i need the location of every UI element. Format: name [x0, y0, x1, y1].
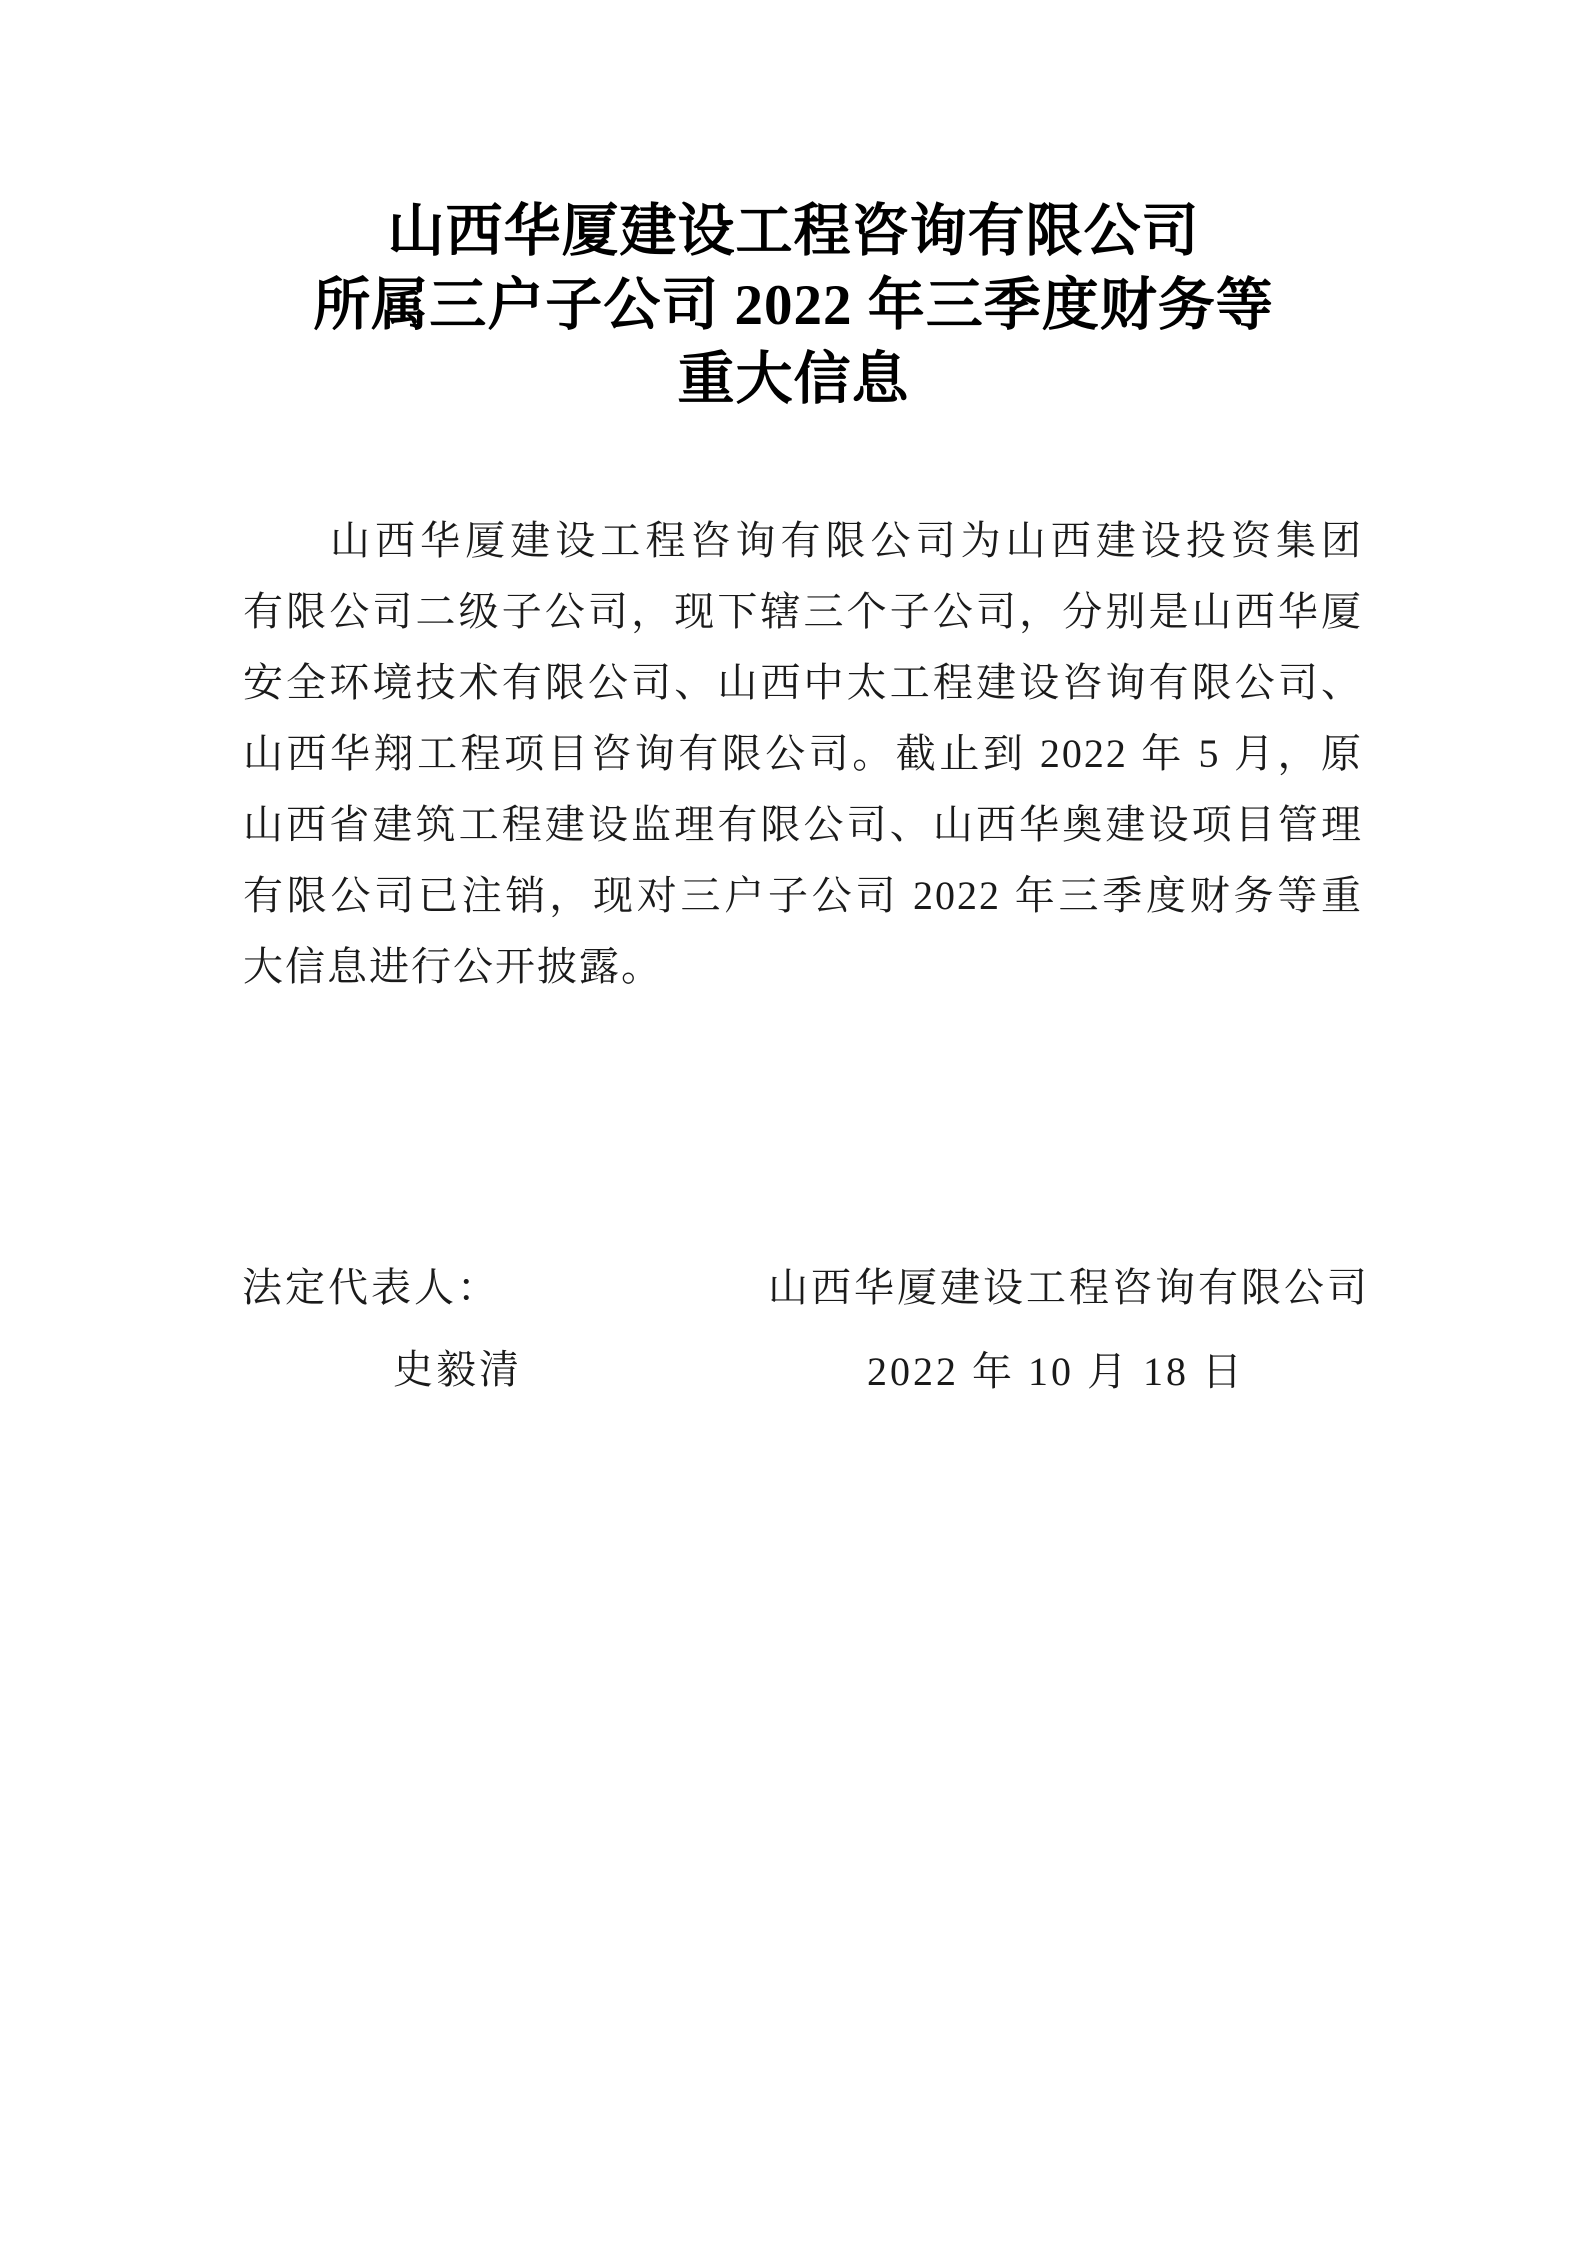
body-line: 大信息进行公开披露。: [243, 931, 1363, 1002]
body-line: 安全环境技术有限公司、山西中太工程建设咨询有限公司、: [243, 647, 1363, 718]
body-line: 有限公司二级子公司，现下辖三个子公司，分别是山西华厦: [243, 576, 1363, 647]
legal-representative-label: 法定代表人：: [242, 1266, 500, 1310]
body-line: 有限公司已注销，现对三户子公司 2022 年三季度财务等重: [243, 860, 1363, 931]
title-line-1: 山西华厦建设工程咨询有限公司: [0, 195, 1587, 269]
signing-company-name: 山西华厦建设工程咨询有限公司: [768, 1266, 1370, 1310]
title-line-2: 所属三户子公司 2022 年三季度财务等: [0, 269, 1587, 343]
body-line: 山西华翔工程项目咨询有限公司。截止到 2022 年 5 月，原: [243, 718, 1363, 789]
body-paragraph: 山西华厦建设工程咨询有限公司为山西建设投资集团 有限公司二级子公司，现下辖三个子…: [243, 505, 1363, 1002]
body-line: 山西华厦建设工程咨询有限公司为山西建设投资集团: [243, 505, 1363, 576]
body-line: 山西省建筑工程建设监理有限公司、山西华奥建设项目管理: [243, 789, 1363, 860]
document-title: 山西华厦建设工程咨询有限公司 所属三户子公司 2022 年三季度财务等 重大信息: [0, 195, 1587, 417]
legal-representative-name: 史毅清: [393, 1348, 522, 1392]
title-line-3: 重大信息: [0, 343, 1587, 417]
document-page: 山西华厦建设工程咨询有限公司 所属三户子公司 2022 年三季度财务等 重大信息…: [0, 0, 1587, 2245]
signature-date: 2022 年 10 月 18 日: [867, 1350, 1245, 1394]
